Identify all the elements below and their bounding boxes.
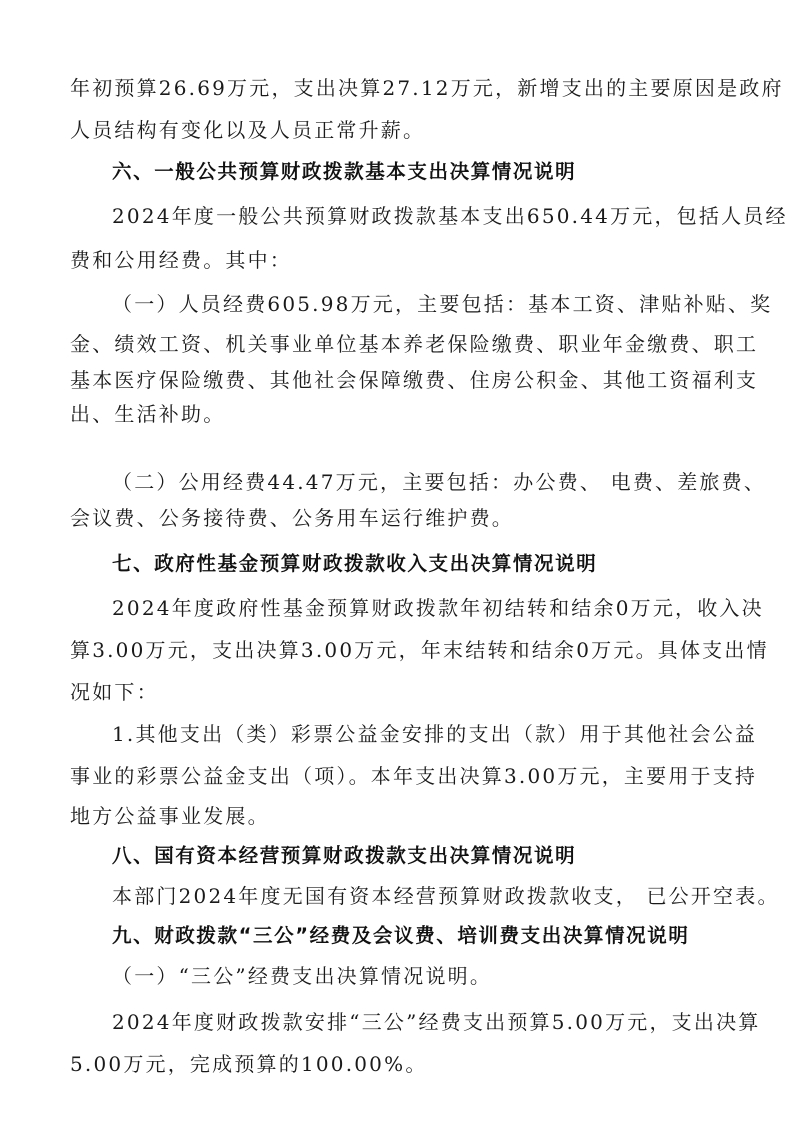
section-heading-7: 七、政府性基金预算财政拨款收入支出决算情况说明 <box>112 552 597 576</box>
subsection-heading: （一）“三公”经费支出决算情况说明。 <box>112 964 492 988</box>
paragraph-line: 况如下： <box>70 680 730 704</box>
paragraph-line: 2024年度财政拨款安排“三公”经费支出预算5.00万元，支出决算 <box>112 1010 730 1034</box>
paragraph-line: 2024年度一般公共预算财政拨款基本支出650.44万元，包括人员经 <box>112 204 730 228</box>
paragraph-line: 人员结构有变化以及人员正常升薪。 <box>70 118 730 142</box>
paragraph-line: 地方公益事业发展。 <box>70 804 730 828</box>
paragraph-line: 本部门2024年度无国有资本经营预算财政拨款收支， 已公开空表。 <box>112 884 780 908</box>
paragraph-line: 1.其他支出（类）彩票公益金安排的支出（款）用于其他社会公益 <box>112 722 730 746</box>
paragraph-line: （一）人员经费605.98万元，主要包括：基本工资、津贴补贴、奖 <box>112 292 730 316</box>
paragraph-line: 金、绩效工资、机关事业单位基本养老保险缴费、职业年金缴费、职工 <box>70 332 730 356</box>
section-heading-8: 八、国有资本经营预算财政拨款支出决算情况说明 <box>112 844 576 868</box>
paragraph-line: 出、生活补助。 <box>70 402 730 426</box>
paragraph-line: 2024年度政府性基金预算财政拨款年初结转和结余0万元，收入决 <box>112 596 730 620</box>
paragraph-line: 年初预算26.69万元，支出决算27.12万元，新增支出的主要原因是政府 <box>70 76 730 100</box>
paragraph-line: 事业的彩票公益金支出（项）。本年支出决算3.00万元，主要用于支持 <box>70 764 730 788</box>
paragraph-line: 会议费、公务接待费、公务用车运行维护费。 <box>70 506 730 530</box>
paragraph-line: 5.00万元，完成预算的100.00%。 <box>70 1052 730 1076</box>
document-page: 年初预算26.69万元，支出决算27.12万元，新增支出的主要原因是政府 人员结… <box>0 0 793 1122</box>
paragraph-line: 基本医疗保险缴费、其他社会保障缴费、住房公积金、其他工资福利支 <box>70 368 730 392</box>
paragraph-line: （二）公用经费44.47万元，主要包括：办公费、 电费、差旅费、 <box>112 470 730 494</box>
section-heading-6: 六、一般公共预算财政拨款基本支出决算情况说明 <box>112 160 576 184</box>
paragraph-line: 算3.00万元，支出决算3.00万元，年末结转和结余0万元。具体支出情 <box>70 638 730 662</box>
section-heading-9: 九、财政拨款“三公”经费及会议费、培训费支出决算情况说明 <box>112 924 689 948</box>
paragraph-line: 费和公用经费。其中： <box>70 248 730 272</box>
